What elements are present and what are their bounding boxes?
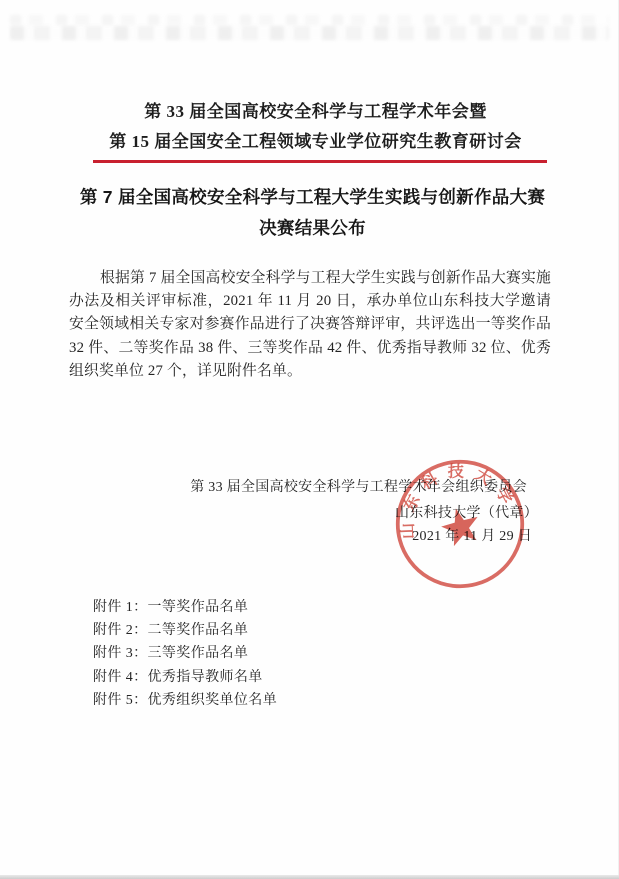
attachment-item-3: 附件 3：三等奖作品名单: [93, 642, 277, 665]
attachment-item-2: 附件 2：二等奖作品名单: [93, 619, 277, 642]
attachment-item-1: 附件 1：一等奖作品名单: [93, 596, 277, 619]
scan-artifact-band: [10, 15, 609, 25]
document-title-line-2: 决赛结果公布: [3, 216, 619, 240]
attachment-list: 附件 1：一等奖作品名单 附件 2：二等奖作品名单 附件 3：三等奖作品名单 附…: [93, 596, 277, 712]
page-edge-shadow: [0, 875, 619, 879]
official-seal: 山东科技大学: [379, 443, 541, 605]
seal-ring: [384, 448, 536, 600]
attachment-item-5: 附件 5：优秀组织奖单位名单: [93, 689, 277, 712]
signature-date-line: 2021 年 11 月 29 日: [412, 528, 532, 546]
body-paragraph: 根据第 7 届全国高校安全科学与工程大学生实践与创新作品大赛实施办法及相关评审标…: [69, 267, 551, 383]
signature-committee-line: 第 33 届全国高校安全科学与工程学术年会组织委员会: [190, 479, 527, 497]
letterhead-line-1: 第 33 届全国高校安全科学与工程学术年会暨: [6, 101, 619, 123]
attachment-item-4: 附件 4：优秀指导教师名单: [93, 666, 277, 689]
signature-university-line: 山东科技大学（代章）: [395, 505, 538, 523]
scan-artifact-band: [10, 26, 609, 40]
document-title-line-1: 第 7 届全国高校安全科学与工程大学生实践与创新作品大赛: [3, 185, 619, 209]
document-page: 第 33 届全国高校安全科学与工程学术年会暨 第 15 届全国安全工程领域专业学…: [0, 0, 619, 879]
letterhead-line-2: 第 15 届全国安全工程领域专业学位研究生教育研讨会: [6, 131, 619, 153]
letterhead-divider-rule: [93, 160, 547, 163]
